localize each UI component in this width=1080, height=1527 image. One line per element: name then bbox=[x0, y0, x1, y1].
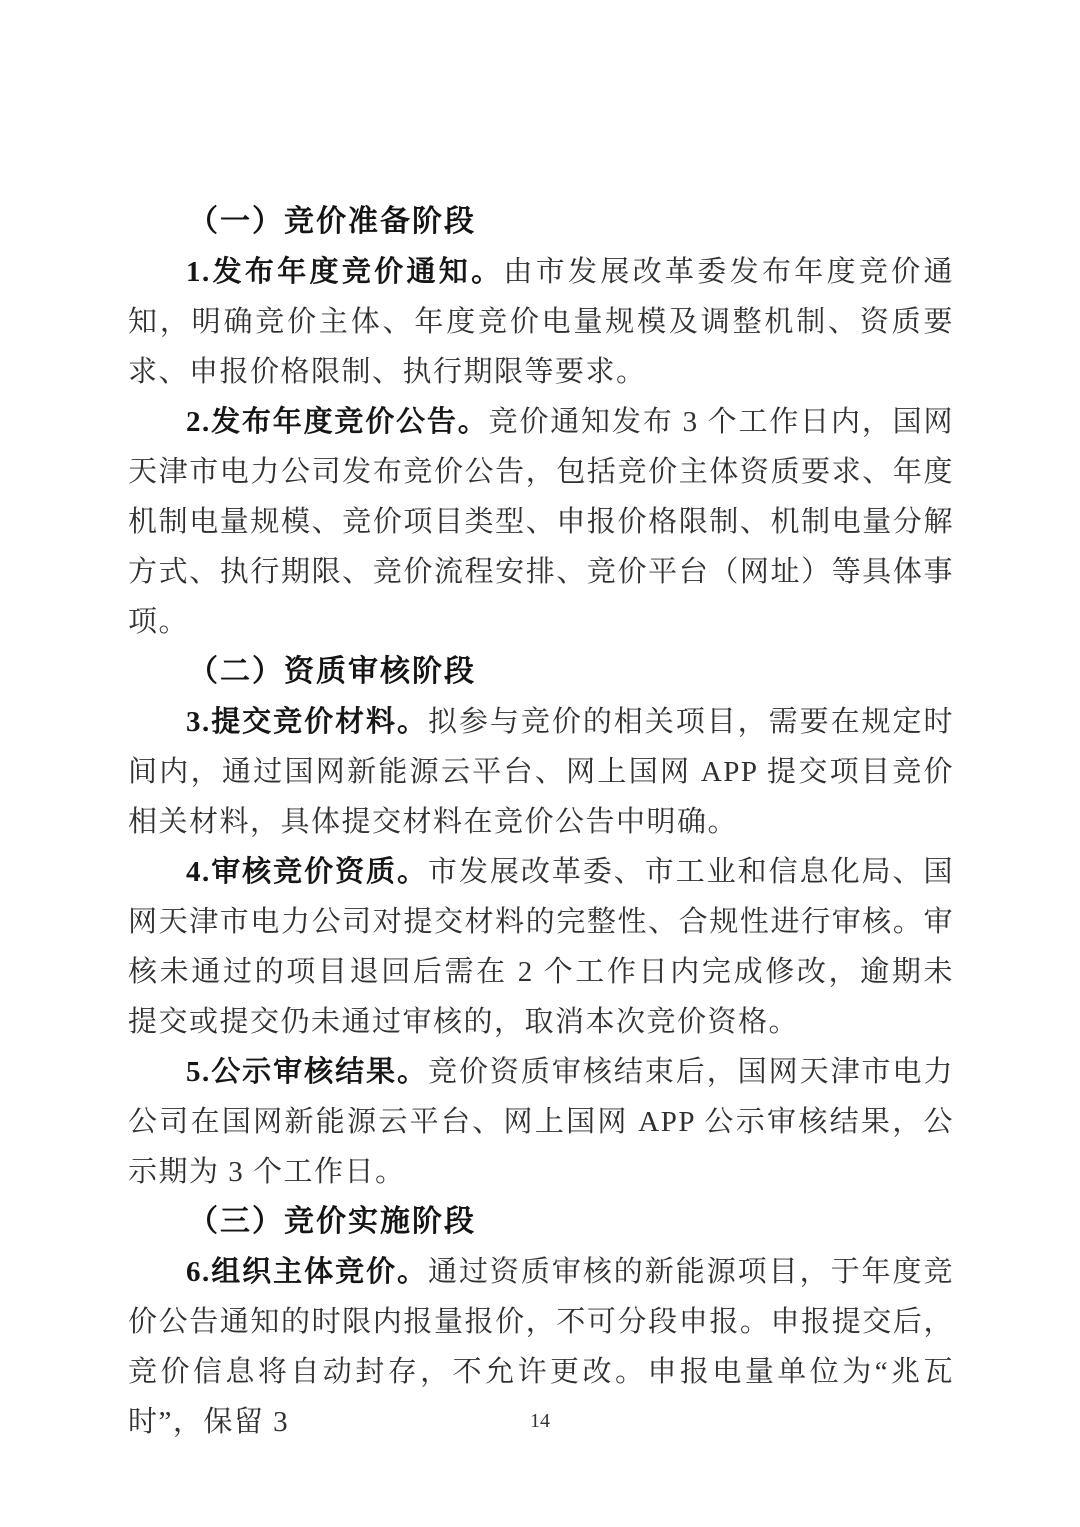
paragraph-publish-annual-announcement: 2.发布年度竞价公告。竞价通知发布 3 个工作日内，国网天津市电力公司发布竞价公… bbox=[128, 397, 954, 647]
section-heading-qualification-review: （二）资质审核阶段 bbox=[128, 647, 954, 697]
paragraph-publish-annual-announcement-body: 竞价通知发布 3 个工作日内，国网天津市电力公司发布竞价公告，包括竞价主体资质要… bbox=[128, 406, 954, 638]
section-heading-bidding-preparation: （一）竞价准备阶段 bbox=[128, 197, 954, 247]
paragraph-publish-annual-notice-lead: 1.发布年度竞价通知。 bbox=[186, 256, 503, 288]
paragraph-review-bidding-qualification: 4.审核竞价资质。市发展改革委、市工业和信息化局、国网天津市电力公司对提交材料的… bbox=[128, 847, 954, 1047]
paragraph-submit-bidding-materials: 3.提交竞价材料。拟参与竞价的相关项目，需要在规定时间内，通过国网新能源云平台、… bbox=[128, 697, 954, 847]
paragraph-publicize-review-results: 5.公示审核结果。竞价资质审核结束后，国网天津市电力公司在国网新能源云平台、网上… bbox=[128, 1047, 954, 1197]
paragraph-publicize-review-results-lead: 5.公示审核结果。 bbox=[186, 1056, 428, 1088]
document-page: （一）竞价准备阶段 1.发布年度竞价通知。由市发展改革委发布年度竞价通知，明确竞… bbox=[0, 0, 1080, 1527]
paragraph-review-bidding-qualification-lead: 4.审核竞价资质。 bbox=[186, 856, 428, 888]
paragraph-organize-bidding-lead: 6.组织主体竞价。 bbox=[186, 1256, 428, 1288]
page-number: 14 bbox=[0, 1406, 1080, 1436]
document-content: （一）竞价准备阶段 1.发布年度竞价通知。由市发展改革委发布年度竞价通知，明确竞… bbox=[128, 197, 954, 1447]
paragraph-submit-bidding-materials-lead: 3.提交竞价材料。 bbox=[186, 706, 428, 738]
paragraph-publish-annual-notice: 1.发布年度竞价通知。由市发展改革委发布年度竞价通知，明确竞价主体、年度竞价电量… bbox=[128, 247, 954, 397]
section-heading-bidding-implementation: （三）竞价实施阶段 bbox=[128, 1197, 954, 1247]
paragraph-publish-annual-announcement-lead: 2.发布年度竞价公告。 bbox=[186, 406, 489, 438]
